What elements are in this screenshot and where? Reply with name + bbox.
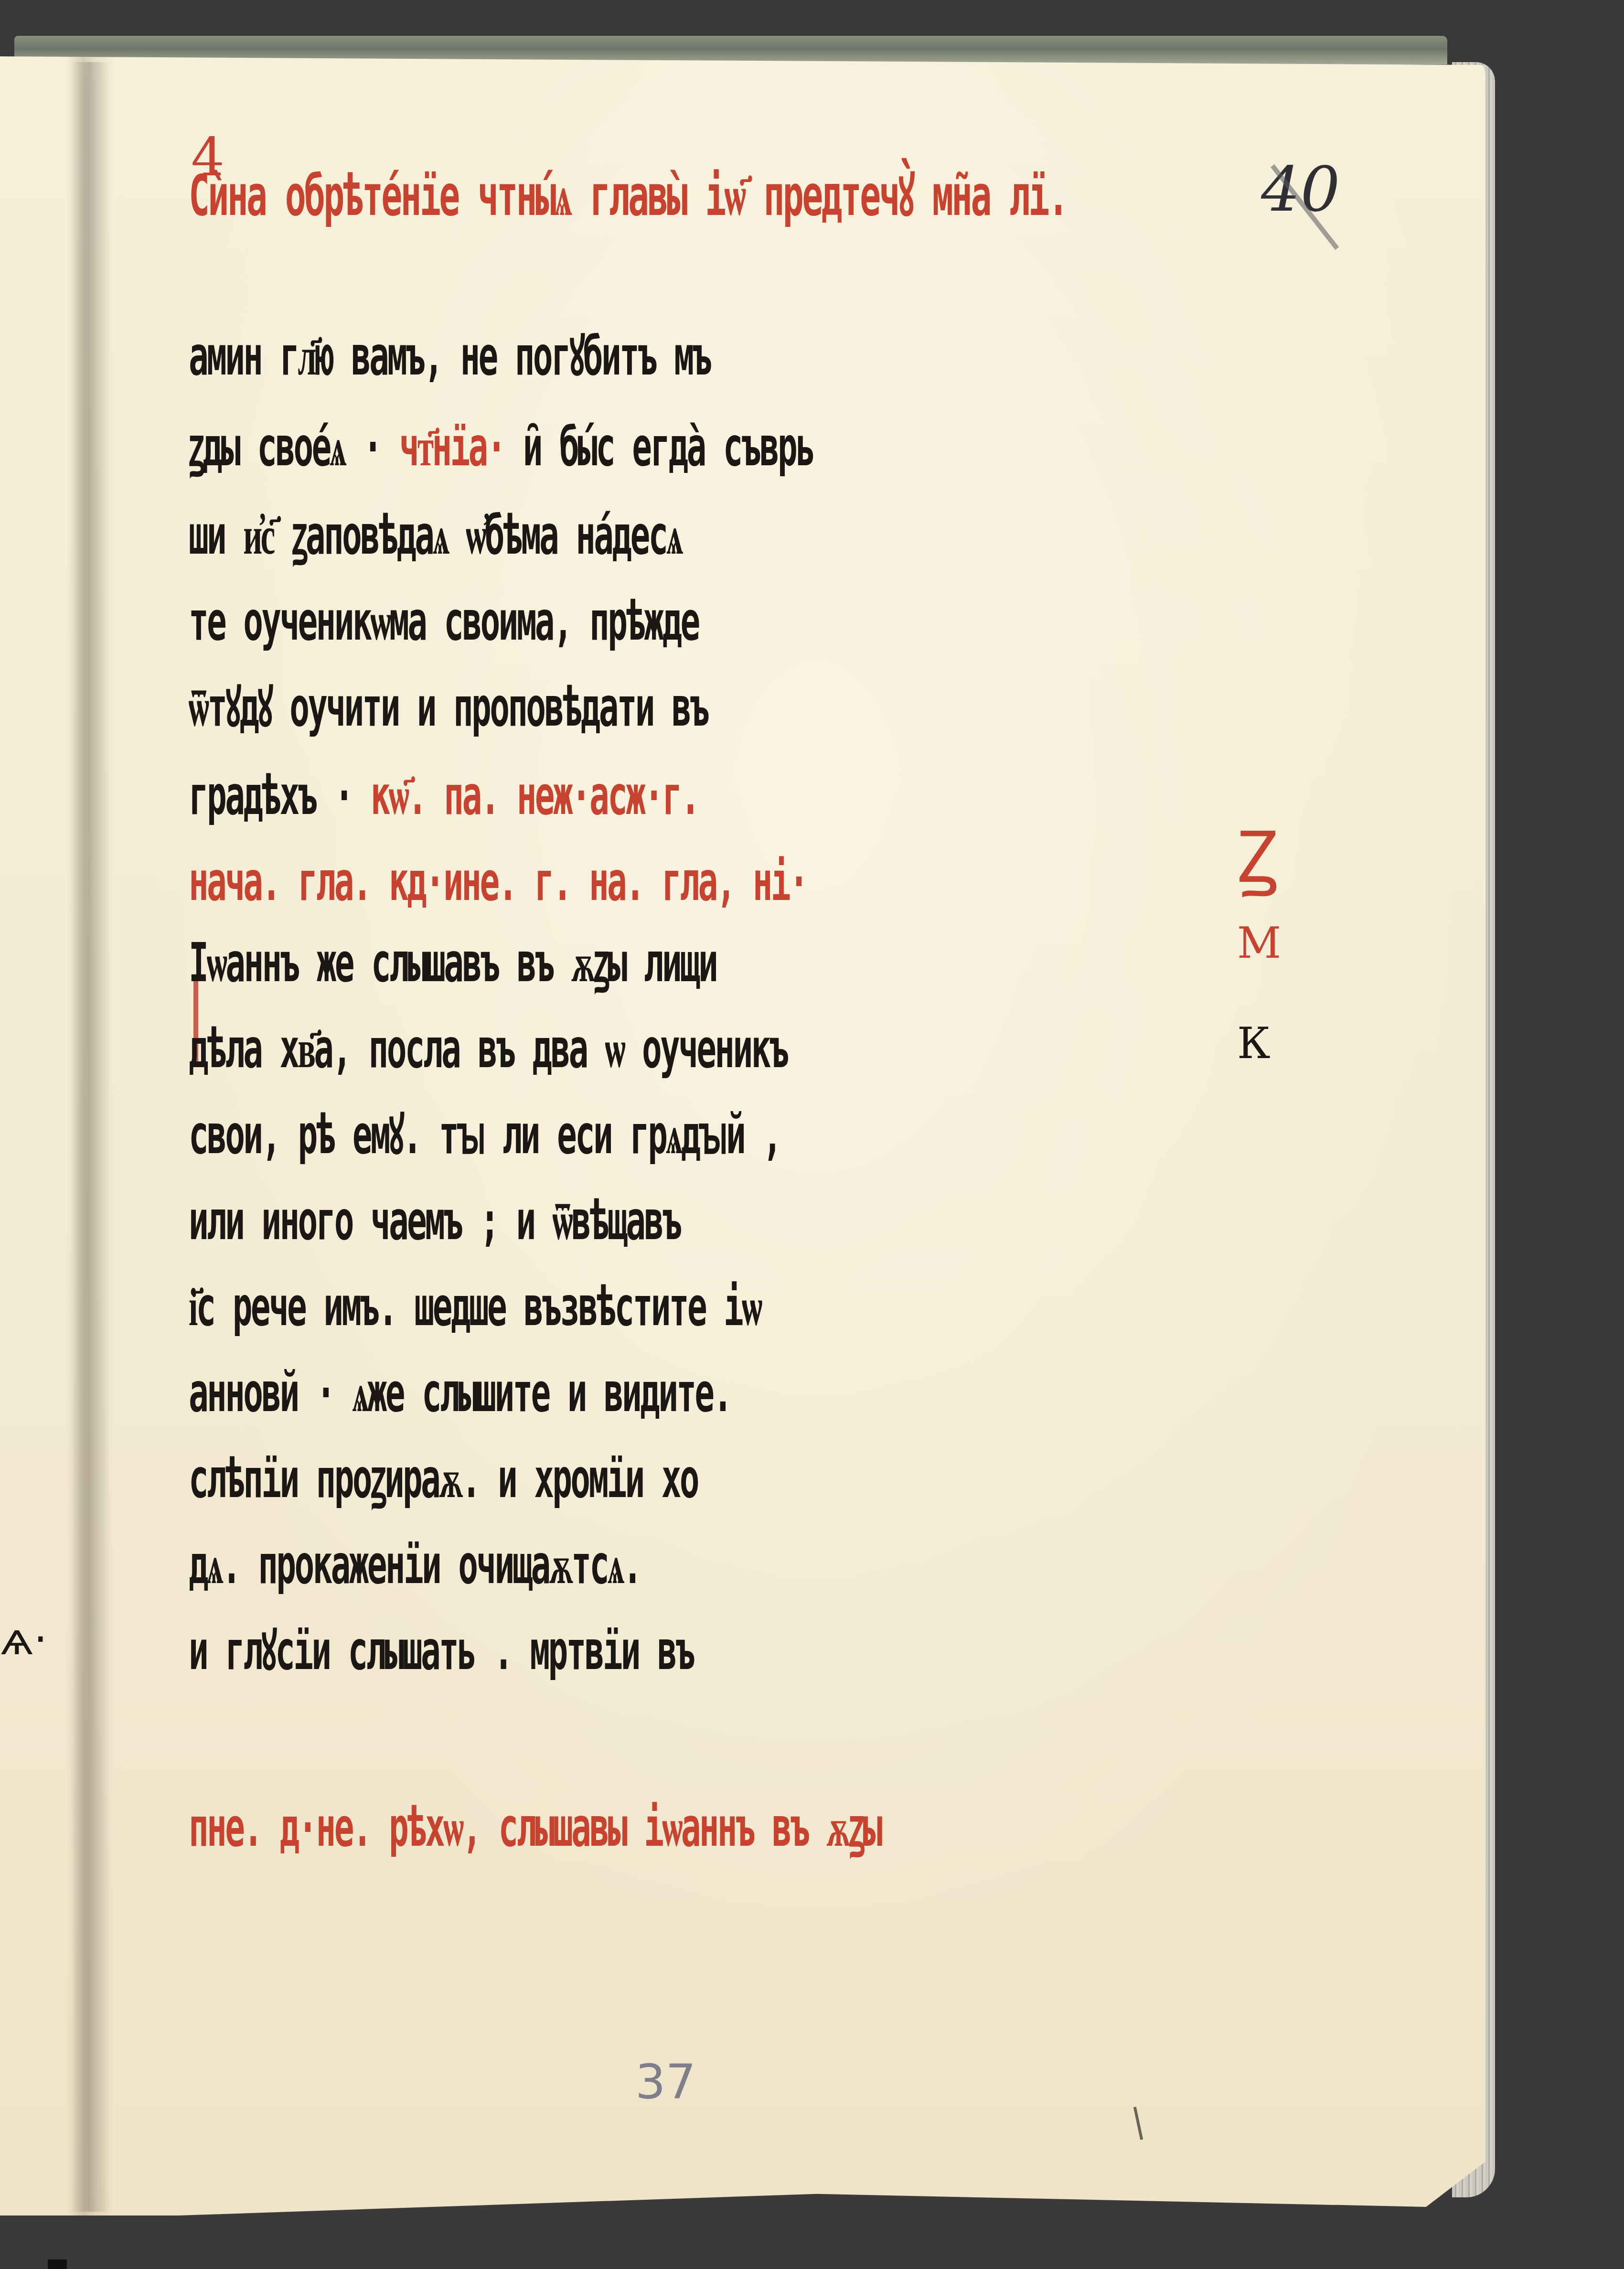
folio-number: 40 xyxy=(1261,153,1340,225)
bottom-pencil-number: 37 xyxy=(635,2054,696,2110)
text-line-16: и глꙋсїи слышать . мртвїи въ xyxy=(189,1624,694,1678)
text-line-2-start: ꙁды свое́ѧ · xyxy=(189,416,399,478)
text-line-1: амин гл҃ю вамъ, не погꙋбитъ мъ xyxy=(189,330,710,383)
text-line-14: слѣпїи проꙁираѫ. и хромїи хо xyxy=(189,1452,698,1506)
header-rubric-line: Сѝна обрѣте́нїе чтны́ѧ главы̀ іѡ҃ предте… xyxy=(189,167,1067,224)
closing-rubric-line: пне. д·не. рѣхѡ, слышавы іѡаннъ въ ѫꙁы xyxy=(189,1801,881,1854)
text-line-6: градѣхъ · кѡ҃. па. неж·асж·г. xyxy=(189,769,699,823)
text-line-12: і҃с рече имъ. шедше възвѣстите іѡ xyxy=(189,1280,760,1334)
text-line-8: Іѡаннъ же слышавъ въ ѫꙁы лищи xyxy=(189,936,716,990)
gutter-shadow xyxy=(72,62,110,2212)
binding-tie xyxy=(48,2259,67,2269)
text-line-2-end: и̑ бы́с егда̀ съврь xyxy=(505,416,814,478)
margin-note-black-k: К xyxy=(1237,1022,1271,1065)
text-line-7-rubric: нача. гла. кд·ине. г. на. гла, ні· xyxy=(189,855,807,909)
facing-page-text-fragment: ѧ· xyxy=(0,1615,47,1665)
text-line-15: дѧ. прокаженїи очищаѫтсѧ. xyxy=(189,1538,641,1592)
text-line-11: или иного чаемъ ; и ѿвѣщавъ xyxy=(189,1194,680,1248)
text-line-2: ꙁды свое́ѧ · чт҃нїа· и̑ бы́с егда̀ съврь xyxy=(189,420,814,474)
text-line-5: ѿтꙋдꙋ оучити и проповѣдати въ xyxy=(189,681,708,734)
text-line-4: те оученикѡма своима, прѣжде xyxy=(189,595,699,648)
text-line-6-rubric: кѡ҃. па. неж·асж·г. xyxy=(371,765,699,827)
text-line-10: свои, рѣ емꙋ. тꙑ ли еси грѧдꙑй , xyxy=(189,1108,780,1162)
margin-note-red-m: М xyxy=(1237,922,1281,965)
text-line-6-start: градѣхъ · xyxy=(189,765,371,827)
margin-note-red-z: Ꙁ xyxy=(1237,822,1279,893)
text-line-3: ши и҆с҃ ꙁаповѣдаѧ ѡ҆бѣма на́десѧ xyxy=(189,509,682,562)
text-line-2-rubric: чт҃нїа· xyxy=(399,416,505,478)
text-line-9: дѣла хв҃а, посла въ два ѡ оученикъ xyxy=(189,1022,788,1076)
text-line-13: анновй · ѧже слышите и видите. xyxy=(189,1366,731,1420)
